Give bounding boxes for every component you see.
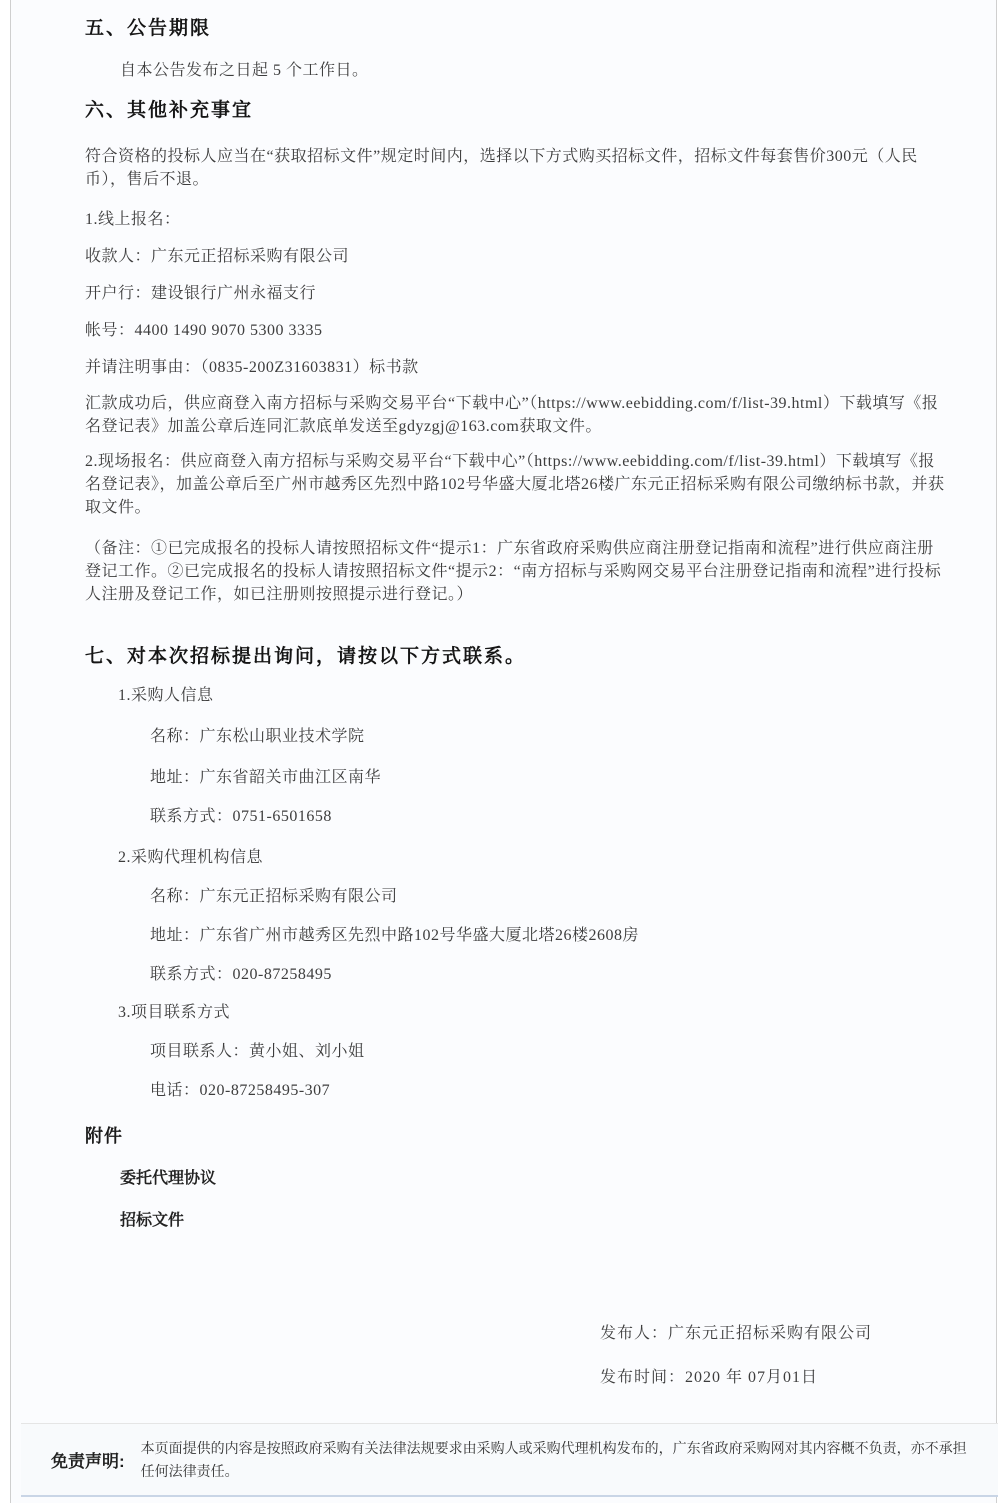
section6-paragraph: 1.线上报名： [85,208,946,231]
agency-name: 名称：广东元正招标采购有限公司 [150,885,946,908]
section6-paragraph: 符合资格的投标人应当在“获取招标文件”规定时间内，选择以下方式购买招标文件，招标… [85,145,946,191]
attachment-link-bid-document[interactable]: 招标文件 [120,1209,184,1232]
announcement-content: 五、公告期限 自本公告发布之日起 5 个工作日。 六、其他补充事宜 符合资格的投… [11,0,996,1389]
agency-phone: 联系方式：020-87258495 [150,963,946,986]
publisher-name: 发布人：广东元正招标采购有限公司 [600,1322,946,1345]
purchaser-name: 名称：广东松山职业技术学院 [150,725,946,748]
section6-paragraph-payee: 收款人：广东元正招标采购有限公司 [85,245,946,268]
section6-paragraph-remit: 汇款成功后，供应商登入南方招标与采购交易平台“下载中心”（https://www… [85,392,946,438]
disclaimer-text: 本页面提供的内容是按照政府采购有关法律法规要求由采购人或采购代理机构发布的，广东… [141,1437,980,1483]
purchaser-address: 地址：广东省韶关市曲江区南华 [150,766,946,789]
section6-paragraph-note: （备注：①已完成报名的投标人请按照招标文件“提示1：广东省政府采购供应商注册登记… [85,537,946,606]
announcement-page: 五、公告期限 自本公告发布之日起 5 个工作日。 六、其他补充事宜 符合资格的投… [10,0,997,1503]
purchaser-group-title: 1.采购人信息 [118,684,946,707]
agency-group-title: 2.采购代理机构信息 [118,846,946,869]
publish-date: 发布时间：2020 年 07月01日 [600,1366,946,1389]
section6-paragraph-onsite: 2.现场报名：供应商登入南方招标与采购交易平台“下载中心”（https://ww… [85,450,946,519]
section7-heading: 七、对本次招标提出询问，请按以下方式联系。 [85,644,946,669]
project-contact-person: 项目联系人：黄小姐、刘小姐 [150,1040,946,1063]
section6-paragraph-bank: 开户行：建设银行广州永福支行 [85,282,946,305]
project-contact-group-title: 3.项目联系方式 [118,1001,946,1024]
disclaimer-bar: 免责声明: 本页面提供的内容是按照政府采购有关法律法规要求由采购人或采购代理机构… [21,1423,998,1497]
attachments-heading: 附件 [85,1122,946,1148]
purchaser-phone: 联系方式：0751-6501658 [150,805,946,828]
section5-body: 自本公告发布之日起 5 个工作日。 [120,59,946,82]
attachment-link-agency-agreement[interactable]: 委托代理协议 [120,1167,216,1190]
section5-heading: 五、公告期限 [85,16,946,41]
section6-paragraph-memo: 并请注明事由：（0835-200Z31603831）标书款 [85,356,946,379]
publisher-block: 发布人：广东元正招标采购有限公司 发布时间：2020 年 07月01日 [600,1322,946,1389]
contact-info: 1.采购人信息 名称：广东松山职业技术学院 地址：广东省韶关市曲江区南华 联系方… [85,684,946,1102]
agency-address: 地址：广东省广州市越秀区先烈中路102号华盛大厦北塔26楼2608房 [150,924,946,947]
project-contact-phone: 电话：020-87258495-307 [150,1079,946,1102]
disclaimer-label: 免责声明: [51,1447,125,1472]
section6-heading: 六、其他补充事宜 [85,98,946,123]
section6-paragraph-account: 帐号：4400 1490 9070 5300 3335 [85,319,946,342]
